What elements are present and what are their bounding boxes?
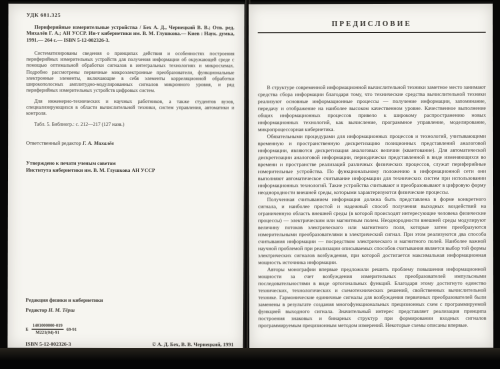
annotation-text: Систематизированы сведения о принципах д…	[26, 52, 234, 95]
responsible-editor-name: Г. А. Михалёв	[82, 141, 113, 147]
responsible-editor-line: Ответственный редактор Г. А. Михалёв	[26, 141, 234, 148]
editorial-department-line: Редакция физики и кибернетики	[26, 298, 234, 305]
editor-staff-label: Редактор	[26, 308, 48, 314]
approval-block: Утверждено к печати ученым советом Инсти…	[26, 161, 234, 175]
preface-heading: ПРЕДИСЛОВИЕ	[258, 19, 486, 28]
approval-line-2: Института кибернетики им. В. М. Глушкова…	[26, 167, 234, 174]
code-suffix: 69-91	[67, 326, 77, 331]
isbn-number: ISBN 5-12-002326-3	[26, 342, 71, 348]
editor-staff-line: Редактор Н. М. Тёрш	[26, 308, 234, 315]
book-order-code: Б 1403000000-019 М221(04)-91 69-91	[26, 323, 234, 336]
bibliography-note: Табл. 5. Библиогр.: с. 212—217 (127 назв…	[26, 123, 234, 129]
code-prefix: Б	[26, 326, 29, 331]
scan-edge-right	[493, 0, 500, 369]
udc-number: УДК 681.325	[26, 13, 234, 20]
preface-paragraph: Обязательными процедурами для информацио…	[258, 134, 486, 197]
preface-paragraph: Полученная считыванием информация должна…	[258, 197, 486, 267]
right-page-preface: ПРЕДИСЛОВИЕ В структуре современной инфо…	[249, 4, 494, 348]
editor-staff-name: Н. М. Тёрш	[48, 308, 74, 314]
scanned-book-spread: УДК 681.325 Периферийные измерительные у…	[0, 0, 500, 369]
code-denominator: М221(04)-91	[31, 329, 63, 335]
audience-text: Для инженерно-технических и научных рабо…	[26, 100, 234, 119]
left-page-imprint: УДК 681.325 Периферийные измерительные у…	[8, 4, 245, 349]
heading-rule	[258, 32, 486, 33]
preface-body: В структуре современной информационной в…	[258, 85, 486, 330]
code-fraction: 1403000000-019 М221(04)-91	[31, 323, 63, 335]
imprint-bottom-block: Редакция физики и кибернетики Редактор Н…	[26, 298, 234, 349]
preface-paragraph: В структуре современной информационной в…	[258, 85, 486, 134]
preface-paragraph: Авторы монографии впервые предложили реш…	[258, 267, 486, 330]
responsible-editor-label: Ответственный редактор	[26, 141, 81, 147]
bibliographic-entry: Периферийные измерительные устройства / …	[26, 25, 234, 45]
scan-edge-bottom	[0, 348, 500, 369]
